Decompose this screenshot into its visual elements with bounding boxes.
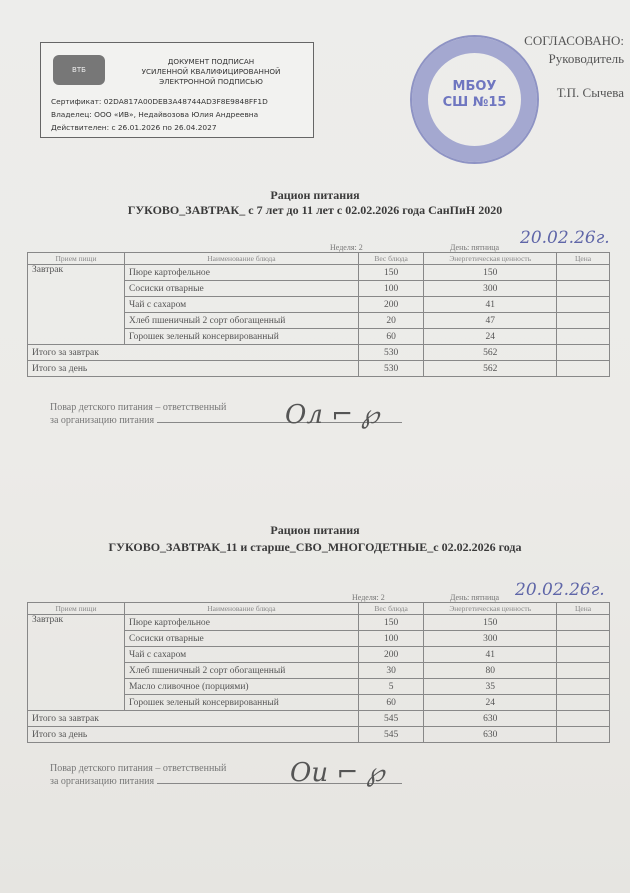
dish-energy: 150: [424, 265, 557, 281]
dish-price: [557, 631, 610, 647]
total-label: Итого за завтрак: [28, 345, 359, 361]
column-header: Цена: [557, 603, 610, 615]
cook-signature: Ои ⌐ ℘: [290, 758, 385, 788]
dish-weight: 150: [358, 265, 424, 281]
dish-price: [557, 679, 610, 695]
meal-cell: Завтрак: [28, 615, 125, 711]
dish-weight: 30: [358, 663, 424, 679]
dish-name: Чай с сахаром: [124, 297, 358, 313]
menu-2-subtitle: ГУКОВО_ЗАВТРАК_11 и старше_СВО_МНОГОДЕТН…: [0, 540, 630, 555]
certificate-validity: Действителен: с 26.01.2026 по 26.04.2027: [51, 121, 268, 134]
dish-name: Сосиски отварные: [124, 631, 358, 647]
dish-weight: 5: [358, 679, 424, 695]
column-header: Энергетическая ценность: [424, 603, 557, 615]
signature-header-line: УСИЛЕННОЙ КВАЛИФИЦИРОВАННОЙ: [121, 67, 301, 77]
total-energy: 562: [424, 361, 557, 377]
menu-2-table: Прием пищиНаименование блюдаВес блюдаЭне…: [27, 602, 610, 743]
total-row: Итого за завтрак530562: [28, 345, 610, 361]
dish-energy: 300: [424, 281, 557, 297]
dish-name: Горошек зеленый консервированный: [124, 329, 358, 345]
dish-energy: 47: [424, 313, 557, 329]
signature-header: ДОКУМЕНТ ПОДПИСАН УСИЛЕННОЙ КВАЛИФИЦИРОВ…: [121, 57, 301, 87]
menu-1-day: День: пятница: [450, 243, 499, 252]
dish-weight: 60: [358, 329, 424, 345]
dish-name: Чай с сахаром: [124, 647, 358, 663]
company-logo: ВТБ: [53, 55, 105, 85]
total-weight: 545: [358, 727, 424, 743]
column-header: Прием пищи: [28, 253, 125, 265]
approval-name: Т.П. Сычева: [524, 84, 624, 102]
total-weight: 545: [358, 711, 424, 727]
column-header: Цена: [557, 253, 610, 265]
table-row: ЗавтракПюре картофельное150150: [28, 265, 610, 281]
menu-2-day: День: пятница: [450, 593, 499, 602]
total-price: [557, 711, 610, 727]
column-header: Наименование блюда: [124, 253, 358, 265]
certificate-id: Сертификат: 02DA817A00DEB3A48744AD3F8E98…: [51, 95, 268, 108]
total-energy: 562: [424, 345, 557, 361]
dish-name: Горошек зеленый консервированный: [124, 695, 358, 711]
dish-price: [557, 281, 610, 297]
dish-energy: 80: [424, 663, 557, 679]
signature-header-line: ЭЛЕКТРОННОЙ ПОДПИСЬЮ: [121, 77, 301, 87]
total-row: Итого за завтрак545630: [28, 711, 610, 727]
dish-energy: 41: [424, 647, 557, 663]
cook-signature: Ол ⌐ ℘: [285, 400, 379, 430]
total-row: Итого за день545630: [28, 727, 610, 743]
electronic-signature-box: ВТБ ДОКУМЕНТ ПОДПИСАН УСИЛЕННОЙ КВАЛИФИЦ…: [40, 42, 314, 138]
total-price: [557, 727, 610, 743]
footer-line: за организацию питания: [50, 776, 154, 787]
approval-block: СОГЛАСОВАНО: Руководитель Т.П. Сычева: [524, 32, 624, 102]
dish-name: Пюре картофельное: [124, 615, 358, 631]
total-weight: 530: [358, 345, 424, 361]
dish-energy: 150: [424, 615, 557, 631]
column-header: Энергетическая ценность: [424, 253, 557, 265]
certificate-owner: Владелец: ООО «ИВ», Недайвозова Юлия Анд…: [51, 108, 268, 121]
total-weight: 530: [358, 361, 424, 377]
dish-energy: 35: [424, 679, 557, 695]
column-header: Вес блюда: [358, 253, 424, 265]
dish-name: Масло сливочное (порциями): [124, 679, 358, 695]
dish-name: Сосиски отварные: [124, 281, 358, 297]
dish-energy: 24: [424, 329, 557, 345]
table-header-row: Прием пищиНаименование блюдаВес блюдаЭне…: [28, 603, 610, 615]
stamp-school-label: МБОУ: [412, 79, 537, 95]
menu-1-subtitle: ГУКОВО_ЗАВТРАК_ с 7 лет до 11 лет с 02.0…: [0, 203, 630, 218]
menu-2-title: Рацион питания: [0, 523, 630, 538]
dish-weight: 100: [358, 631, 424, 647]
menu-1-handwritten-date: 20.02.26г.: [520, 228, 610, 248]
approval-label: СОГЛАСОВАНО:: [524, 32, 624, 50]
dish-name: Пюре картофельное: [124, 265, 358, 281]
total-label: Итого за день: [28, 727, 359, 743]
menu-1-week: Неделя: 2: [330, 243, 363, 252]
dish-name: Хлеб пшеничный 2 сорт обогащенный: [124, 313, 358, 329]
table-header-row: Прием пищиНаименование блюдаВес блюдаЭне…: [28, 253, 610, 265]
column-header: Вес блюда: [358, 603, 424, 615]
dish-price: [557, 695, 610, 711]
dish-weight: 150: [358, 615, 424, 631]
footer-line: за организацию питания: [50, 415, 154, 426]
table-row: ЗавтракПюре картофельное150150: [28, 615, 610, 631]
dish-energy: 41: [424, 297, 557, 313]
official-stamp: МБОУ СШ №15: [410, 35, 539, 164]
total-energy: 630: [424, 711, 557, 727]
dish-price: [557, 663, 610, 679]
meal-cell: Завтрак: [28, 265, 125, 345]
dish-energy: 24: [424, 695, 557, 711]
dish-price: [557, 313, 610, 329]
menu-2-week: Неделя: 2: [352, 593, 385, 602]
dish-weight: 20: [358, 313, 424, 329]
menu-1-title: Рацион питания: [0, 188, 630, 203]
total-energy: 630: [424, 727, 557, 743]
total-price: [557, 345, 610, 361]
dish-name: Хлеб пшеничный 2 сорт обогащенный: [124, 663, 358, 679]
signature-details: Сертификат: 02DA817A00DEB3A48744AD3F8E98…: [51, 95, 268, 134]
total-label: Итого за завтрак: [28, 711, 359, 727]
column-header: Наименование блюда: [124, 603, 358, 615]
total-price: [557, 361, 610, 377]
dish-price: [557, 265, 610, 281]
dish-price: [557, 647, 610, 663]
dish-weight: 60: [358, 695, 424, 711]
dish-price: [557, 329, 610, 345]
dish-weight: 200: [358, 297, 424, 313]
signature-header-line: ДОКУМЕНТ ПОДПИСАН: [121, 57, 301, 67]
dish-weight: 100: [358, 281, 424, 297]
approval-position: Руководитель: [524, 50, 624, 68]
dish-price: [557, 297, 610, 313]
dish-price: [557, 615, 610, 631]
menu-1-table: Прием пищиНаименование блюдаВес блюдаЭне…: [27, 252, 610, 377]
stamp-school-number: СШ №15: [412, 95, 537, 111]
dish-weight: 200: [358, 647, 424, 663]
dish-energy: 300: [424, 631, 557, 647]
menu-2-handwritten-date: 20.02.26г.: [515, 580, 605, 600]
total-label: Итого за день: [28, 361, 359, 377]
total-row: Итого за день530562: [28, 361, 610, 377]
column-header: Прием пищи: [28, 603, 125, 615]
